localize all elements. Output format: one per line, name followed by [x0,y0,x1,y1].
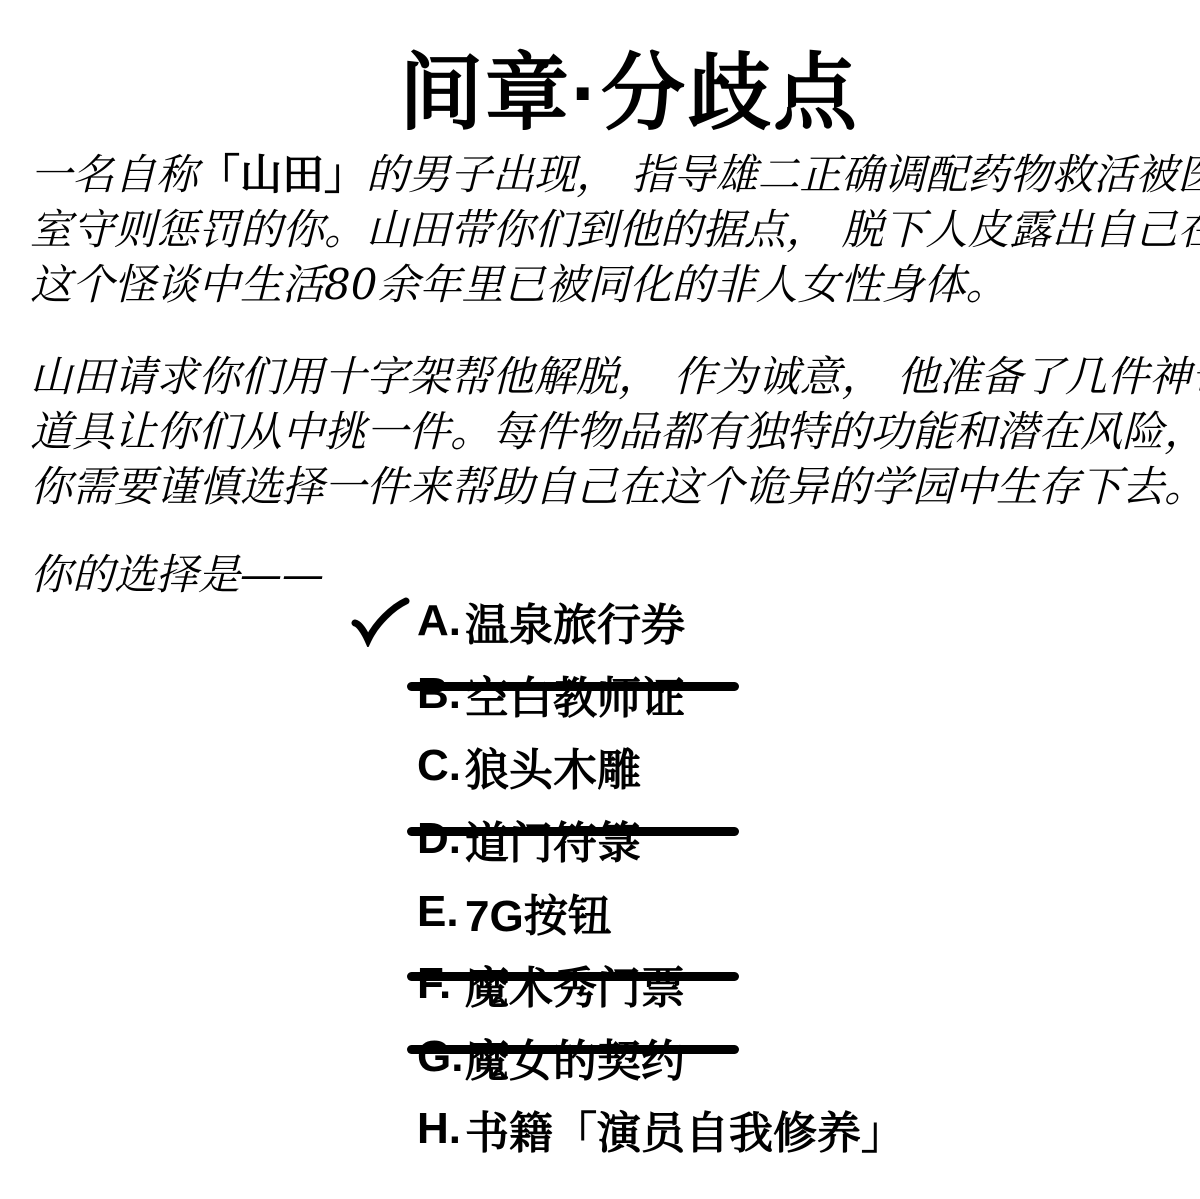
option-g[interactable]: G. 魔女的契约 [417,1021,905,1094]
option-letter: B. [417,669,465,719]
checkmark-icon [349,597,411,647]
option-letter: E. [417,887,465,937]
strikethrough-line [407,827,739,836]
option-letter: C. [417,741,465,791]
story-paragraph-1: 一名自称「山田」的男子出现， 指导雄二正确调配药物救活被医务 室守则惩罚的你。山… [30,147,1200,312]
strikethrough-line [407,1045,739,1054]
interlude-page: 间章·分歧点 一名自称「山田」的男子出现， 指导雄二正确调配药物救活被医务 室守… [0,0,1200,1199]
text-segment: 一名自称 [30,150,198,199]
option-h[interactable]: H. 书籍「演员自我修养」 [417,1093,905,1166]
option-label: 书籍「演员自我修养」 [465,1097,905,1161]
option-label: 空白教师证 [465,662,685,726]
text-line: 一名自称「山田」的男子出现， 指导雄二正确调配药物救活被医务 [30,147,1200,202]
story-paragraph-2: 山田请求你们用十字架帮他解脱， 作为诚意， 他准备了几件神奇 道具让你们从中挑一… [30,349,1200,514]
text-line: 你需要谨慎选择一件来帮助自己在这个诡异的学园中生存下去。 [30,459,1200,514]
option-letter: D. [417,814,465,864]
option-d[interactable]: D. 道门符箓 [417,803,905,876]
option-label: 狼头木雕 [465,734,641,798]
options-list: A. 温泉旅行券 B. 空白教师证 C. 狼头木雕 D. 道门符箓 [417,585,905,1166]
option-label: 魔术秀门票 [465,952,685,1016]
character-name: 「山田」 [198,151,366,198]
option-label: 魔女的契约 [465,1025,685,1089]
option-letter: H. [417,1104,465,1154]
text-line: 道具让你们从中挑一件。每件物品都有独特的功能和潜在风险， [30,404,1200,459]
option-f[interactable]: F. 魔术秀门票 [417,948,905,1021]
text-line: 这个怪谈中生活80余年里已被同化的非人女性身体。 [30,257,1200,312]
strikethrough-line [407,972,739,981]
strikethrough-line [407,682,739,691]
option-b[interactable]: B. 空白教师证 [417,658,905,731]
option-e[interactable]: E. 7G按钮 [417,875,905,948]
text-line: 室守则惩罚的你。山田带你们到他的据点， 脱下人皮露出自己在 [30,202,1200,257]
option-label: 道门符箓 [465,807,641,871]
text-line: 山田请求你们用十字架帮他解脱， 作为诚意， 他准备了几件神奇 [30,349,1200,404]
text-segment: 的男子出现， 指导雄二正确调配药物救活被医务 [366,150,1200,199]
option-label: 7G按钮 [465,880,612,944]
choice-prompt: 你的选择是—— [30,547,324,602]
option-a[interactable]: A. 温泉旅行券 [417,585,905,658]
option-label: 温泉旅行券 [465,589,685,653]
option-letter: A. [417,596,465,646]
option-c[interactable]: C. 狼头木雕 [417,730,905,803]
option-letter: F. [417,959,465,1009]
option-letter: G. [417,1032,465,1082]
page-title: 间章·分歧点 [0,26,1200,147]
